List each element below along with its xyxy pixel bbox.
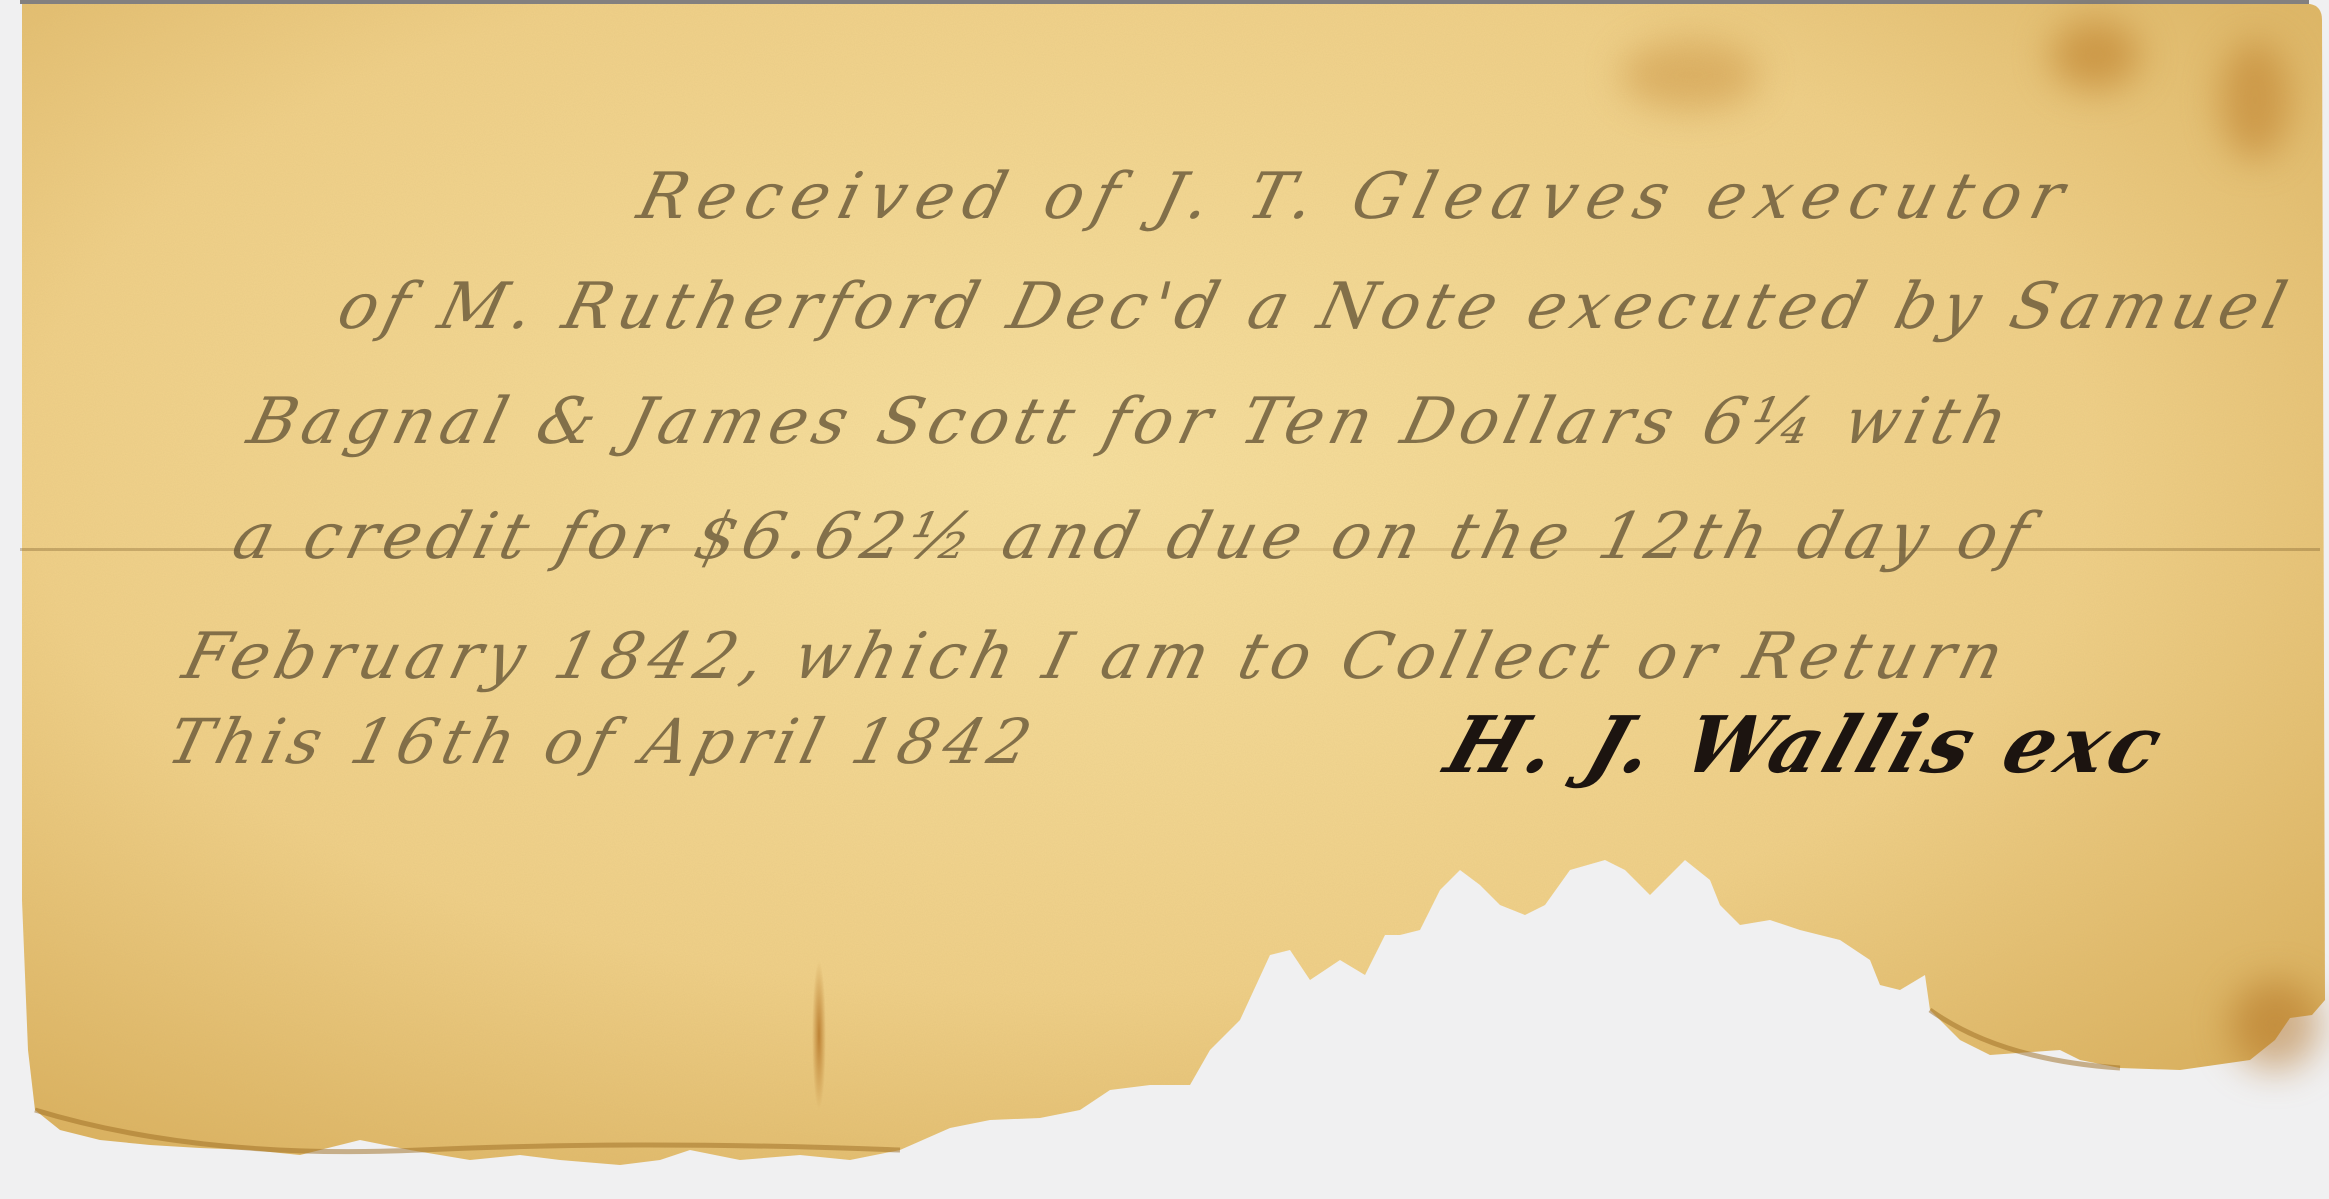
water-stain — [2230, 980, 2320, 1070]
receipt-line-4: a credit for $6.62½ and due on the 12th … — [226, 500, 2042, 574]
water-stain — [2220, 40, 2290, 160]
water-stain — [2050, 20, 2140, 90]
receipt-line-1: Received of J. T. Gleaves executor — [631, 160, 2082, 234]
receipt-line-5: February 1842, which I am to Collect or … — [176, 620, 2017, 694]
receipt-line-2: of M. Rutherford Dec'd a Note executed b… — [331, 270, 2300, 344]
receipt-line-3: Bagnal & James Scott for Ten Dollars 6¼ … — [241, 385, 2021, 459]
receipt-date-line: This 16th of April 1842 — [161, 705, 1045, 778]
top-edge-shadow — [20, 0, 2309, 4]
water-stain — [1620, 40, 1760, 110]
fold-stain — [812, 960, 826, 1110]
signature: H. J. Wallis exc — [1435, 700, 2177, 791]
